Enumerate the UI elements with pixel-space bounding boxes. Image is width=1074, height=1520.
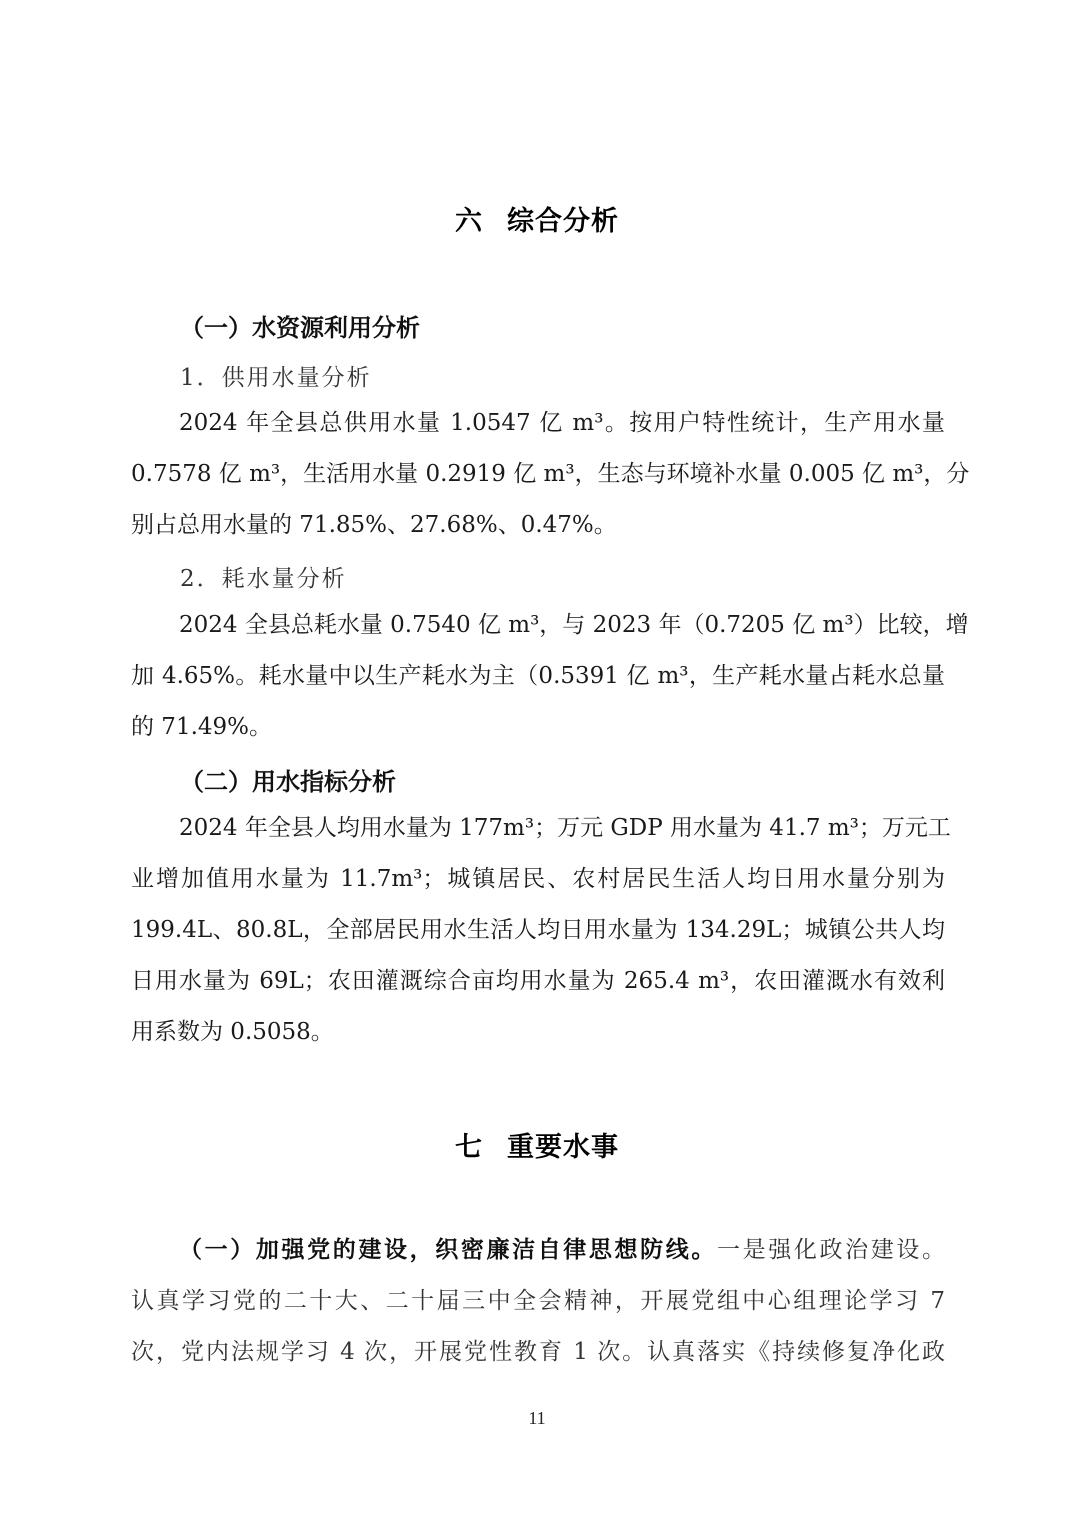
section-heading-water-indicators: （二）用水指标分析 [180,762,396,797]
chapter-number: 七 [455,1132,483,1163]
paragraph-line: 别占总用水量的 71.85%、27.68%、0.47%。 [131,500,945,551]
paragraph-line: 用系数为 0.5058。 [131,1007,945,1058]
paragraph-line: 0.7578 亿 m³，生活用水量 0.2919 亿 m³，生态与环境补水量 0… [131,449,945,500]
section-heading-water-resources-use: （一）水资源利用分析 [180,308,420,343]
chapter-title-text: 重要水事 [507,1132,619,1163]
paragraph-line: 认真学习党的二十大、二十届三中全会精神，开展党组中心组理论学习 7 [131,1276,945,1327]
paragraph-line: 2024 年全县人均用水量为 177m³；万元 GDP 用水量为 41.7 m³… [131,803,945,854]
chapter-title-7: 七重要水事 [0,1125,1074,1164]
paragraph-line: 加 4.65%。耗水量中以生产耗水为主（0.5391 亿 m³，生产耗水量占耗水… [131,651,945,702]
paragraph-line: 次，党内法规学习 4 次，开展党性教育 1 次。认真落实《持续修复净化政 [131,1327,945,1378]
paragraph-line: 的 71.49%。 [131,702,945,753]
paragraph-line: 199.4L、80.8L，全部居民用水生活人均日用水量为 134.29L；城镇公… [131,905,945,956]
paragraph-water-supply: 2024 年全县总供用水量 1.0547 亿 m³。按用户特性统计，生产用水量 … [131,398,945,551]
inline-text: 一是强化政治建设。 [717,1237,945,1263]
page-number: 11 [0,1408,1074,1429]
paragraph-water-indicators: 2024 年全县人均用水量为 177m³；万元 GDP 用水量为 41.7 m³… [131,803,945,1058]
paragraph-water-consumption: 2024 全县总耗水量 0.7540 亿 m³，与 2023 年（0.7205 … [131,600,945,753]
paragraph-line: 日用水量为 69L；农田灌溉综合亩均用水量为 265.4 m³，农田灌溉水有效利 [131,956,945,1007]
sub-heading-water-supply: 1．供用水量分析 [180,359,372,392]
chapter-title-text: 综合分析 [507,206,619,237]
sub-heading-water-consumption: 2．耗水量分析 [180,560,347,593]
paragraph-line: （一）加强党的建设，织密廉洁自律思想防线。一是强化政治建设。 [131,1225,945,1276]
paragraph-line: 业增加值用水量为 11.7m³；城镇居民、农村居民生活人均日用水量分别为 [131,854,945,905]
inline-heading: （一）加强党的建设，织密廉洁自律思想防线。 [179,1237,717,1263]
chapter-title-6: 六综合分析 [0,199,1074,238]
paragraph-line: 2024 年全县总供用水量 1.0547 亿 m³。按用户特性统计，生产用水量 [131,398,945,449]
chapter-number: 六 [455,206,483,237]
paragraph-line: 2024 全县总耗水量 0.7540 亿 m³，与 2023 年（0.7205 … [131,600,945,651]
paragraph-party-building: （一）加强党的建设，织密廉洁自律思想防线。一是强化政治建设。 认真学习党的二十大… [131,1225,945,1378]
document-page: 六综合分析 （一）水资源利用分析 1．供用水量分析 2024 年全县总供用水量 … [0,0,1074,1520]
